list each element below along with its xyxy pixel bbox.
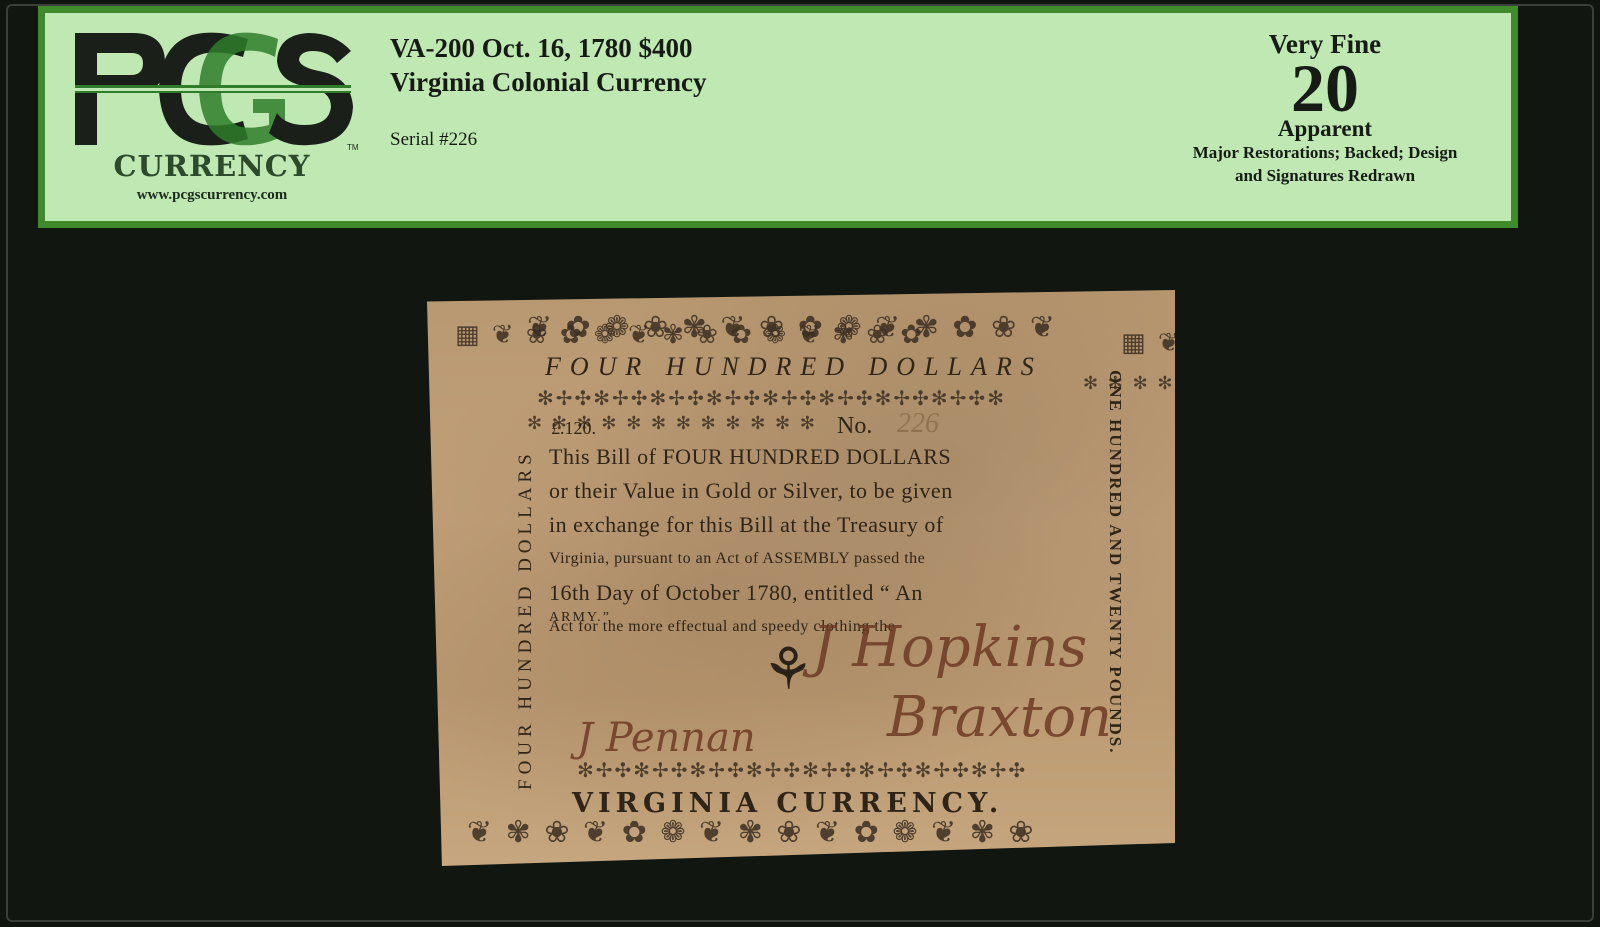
note-right-vertical-text: ONE HUNDRED AND TWENTY POUNDS. (1105, 370, 1125, 754)
signature-2: Braxton (887, 685, 1112, 750)
note-body-text: This Bill of FOUR HUNDRED DOLLARS or the… (549, 440, 1089, 644)
note-handwritten-serial: 226 (897, 408, 939, 440)
note-bottom-title: VIRGINIA CURRENCY. (572, 788, 1003, 819)
grade-block: Very Fine 20 Apparent Major Restorations… (1155, 29, 1495, 187)
bottom-border-ornament: ❦ ✾ ❀ ❦ ✿ ❁ ❦ ✾ ❀ ❦ ✿ ❁ ❦ ✾ ❀ (467, 815, 1036, 850)
hand-holding-thistle-icon: ⚘ (762, 635, 814, 703)
body-line: This Bill of FOUR HUNDRED DOLLARS (549, 440, 1089, 474)
grade-number: 20 (1155, 59, 1495, 117)
catalog-title: VA-200 Oct. 16, 1780 $400 (390, 31, 707, 65)
note-top-denomination: FOUR HUNDRED DOLLARS (545, 352, 1043, 382)
grade-comment-2: and Signatures Redrawn (1155, 164, 1495, 187)
grade-comment-1: Major Restorations; Backed; Design (1155, 141, 1495, 164)
pcgs-currency-logo: TM CURRENCY www.pcgscurrency.com (67, 23, 352, 203)
grading-label: TM CURRENCY www.pcgscurrency.com VA-200 … (38, 6, 1518, 228)
inner-left-ornament: ✻ ✻ ✻ ✻ ✻ ✻ ✻ ✻ ✻ ✻ ✻ ✻ (527, 410, 547, 437)
signature-1: J Hopkins (812, 615, 1087, 680)
top-star-row: ✻✢✣✻✢✣✻✢✣✻✢✣✻✢✣✻✢✣✻✢✣✻✢✣✻ (537, 386, 1006, 410)
right-border-ornament: ▦ ❦ ❀ ✿ ❁ ❦ ✾ ❀ ✿ ❁ ❦ ✾ ❀ ✿ (1121, 326, 1161, 361)
pcgs-logo-icon (73, 29, 353, 149)
note-left-vertical-text: FOUR HUNDRED DOLLARS (515, 449, 537, 790)
note-description: VA-200 Oct. 16, 1780 $400 Virginia Colon… (390, 31, 707, 151)
note-number-label: No. (837, 413, 872, 440)
body-line: or their Value in Gold or Silver, to be … (549, 474, 1089, 508)
note-type: Virginia Colonial Currency (390, 65, 707, 99)
banknote: ❦ ✿ ❁ ❀ ✾ ❦ ❀ ✿ ❁ ❦ ✾ ✿ ❀ ❦ ▦ ❦ ❀ ✿ ❁ ❦ … (427, 290, 1175, 866)
body-line: in exchange for this Bill at the Treasur… (549, 508, 1089, 542)
bottom-star-row: ✻✢✣✻✢✣✻✢✣✻✢✣✻✢✣✻✢✣✻✢✣✻✢✣ (577, 758, 1027, 782)
logo-url: www.pcgscurrency.com (67, 187, 357, 204)
body-line: Virginia, pursuant to an Act of ASSEMBLY… (549, 542, 1089, 576)
body-line-army: ARMY.” (549, 610, 611, 626)
note-pounds-value: £.120. (551, 418, 596, 439)
inner-right-ornament: ✻ ✻ ✻ ✻ ✻ ✻ ✻ ✻ ✻ ✻ ✻ ✻ ✻ ✻ ✻ ✻ (1083, 370, 1103, 397)
left-border-ornament: ▦ ❦ ❀ ✿ ❁ ❦ ✾ ❀ ✿ ❁ ❦ ✾ ❀ ✿ (455, 318, 495, 353)
signature-3: J Pennan (577, 715, 756, 761)
logo-currency-word: CURRENCY (67, 149, 357, 183)
grade-qualifier: Apparent (1155, 117, 1495, 141)
body-line: 16th Day of October 1780, entitled “ An (549, 576, 1089, 610)
serial-number: Serial #226 (390, 129, 707, 151)
